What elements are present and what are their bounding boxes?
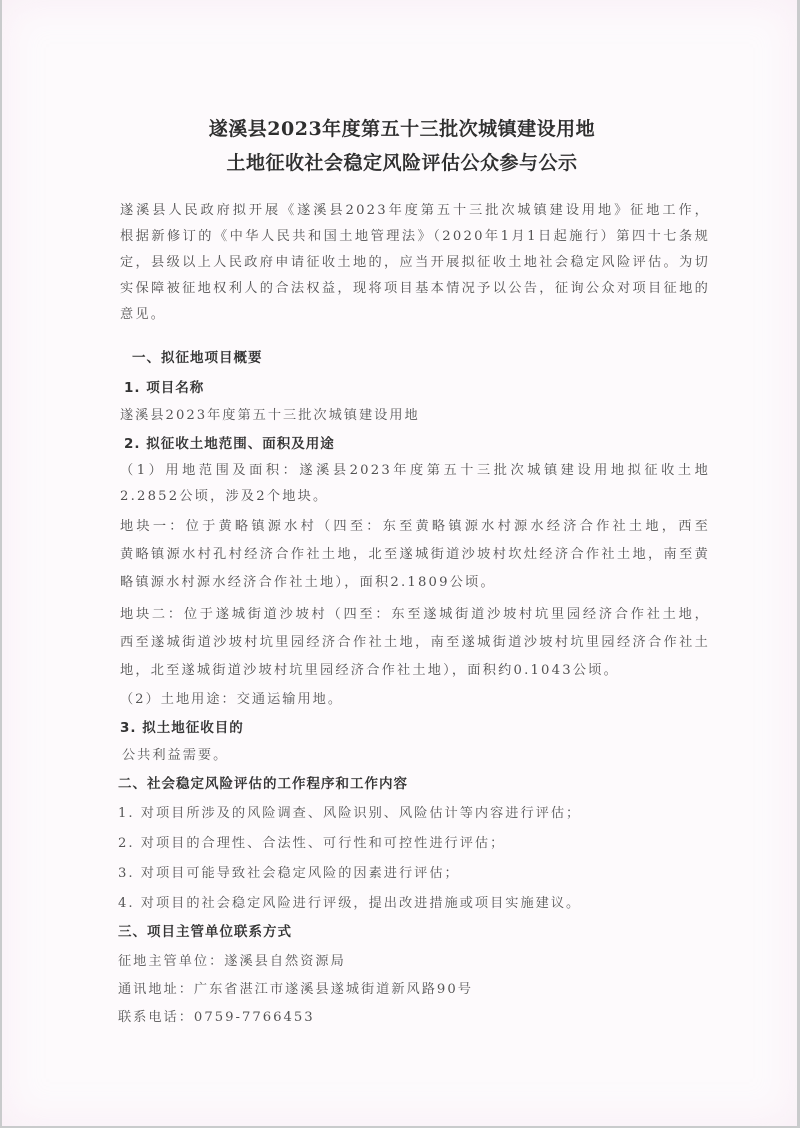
intro-line: 定，县级以上人民政府申请征收土地的，应当开展拟征收土地社会稳定风险评估。为切	[120, 250, 710, 277]
phone: 联系电话：0759-7766453	[118, 1006, 315, 1025]
section-2-heading: 二、社会稳定风险评估的工作程序和工作内容	[118, 772, 408, 792]
document-title-line-1: 遂溪县2023年度第五十三批次城镇建设用地	[2, 114, 800, 141]
parcel-1-line: 略镇源水村源水经济合作社土地），面积2.1809公顷。	[120, 570, 710, 597]
parcel-2-line: 西至遂城街道沙坡村坑里园经济合作社土地，南至遂城街道沙坡村坑里园经济合作社土	[120, 630, 710, 657]
intro-line: 实保障被征地权利人的合法权益，现将项目基本情况予以公告，征询公众对项目征地的	[120, 276, 710, 303]
procedure-item: 3. 对项目可能导致社会稳定风险的因素进行评估；	[118, 862, 460, 881]
document-page: 遂溪县2023年度第五十三批次城镇建设用地 土地征收社会稳定风险评估公众参与公示…	[2, 0, 797, 1126]
intro-line: 根据新修订的《中华人民共和国土地管理法》（2020年1月1日起施行）第四十七条规	[120, 224, 710, 251]
item-2-heading: 2. 拟征收土地范围、面积及用途	[124, 432, 335, 452]
parcel-1-line: 地块一：位于黄略镇源水村（四至：东至黄略镇源水村源水经济合作社土地，西至	[120, 514, 710, 541]
acquisition-purpose: 公共利益需要。	[122, 744, 228, 763]
item-1-heading: 1. 项目名称	[124, 376, 204, 396]
section-3-heading: 三、项目主管单位联系方式	[118, 920, 292, 940]
parcel-1-line: 黄略镇源水村孔村经济合作社土地，北至遂城街道沙坡村坎灶经济合作社土地，南至黄	[120, 542, 710, 569]
procedure-item: 4. 对项目的社会稳定风险进行评级，提出改进措施或项目实施建议。	[118, 892, 581, 911]
parcel-2-line: 地，北至遂城街道沙坡村坑里园经济合作社土地），面积约0.1043公顷。	[120, 658, 710, 685]
project-name: 遂溪县2023年度第五十三批次城镇建设用地	[120, 404, 420, 423]
scope-line: （1）用地范围及面积：遂溪县2023年度第五十三批次城镇建设用地拟征收土地	[120, 458, 710, 485]
address: 通讯地址：广东省湛江市遂溪县遂城街道新风路90号	[118, 978, 473, 997]
scope-line: 2.2852公顷，涉及2个地块。	[120, 484, 710, 511]
authority: 征地主管单位：遂溪县自然资源局	[118, 950, 346, 969]
intro-line: 遂溪县人民政府拟开展《遂溪县2023年度第五十三批次城镇建设用地》征地工作，	[120, 198, 710, 225]
procedure-item: 2. 对项目的合理性、合法性、可行性和可控性进行评估；	[118, 832, 505, 851]
intro-line: 意见。	[120, 302, 710, 329]
document-title-line-2: 土地征收社会稳定风险评估公众参与公示	[2, 148, 800, 175]
item-3-heading: 3. 拟土地征收目的	[120, 716, 244, 736]
parcel-2-line: 地块二：位于遂城街道沙坡村（四至：东至遂城街道沙坡村坑里园经济合作社土地，	[120, 602, 710, 629]
land-use: （2）土地用途：交通运输用地。	[120, 688, 343, 707]
section-1-heading: 一、拟征地项目概要	[132, 346, 263, 366]
procedure-item: 1. 对项目所涉及的风险调查、风险识别、风险估计等内容进行评估；	[118, 802, 581, 821]
